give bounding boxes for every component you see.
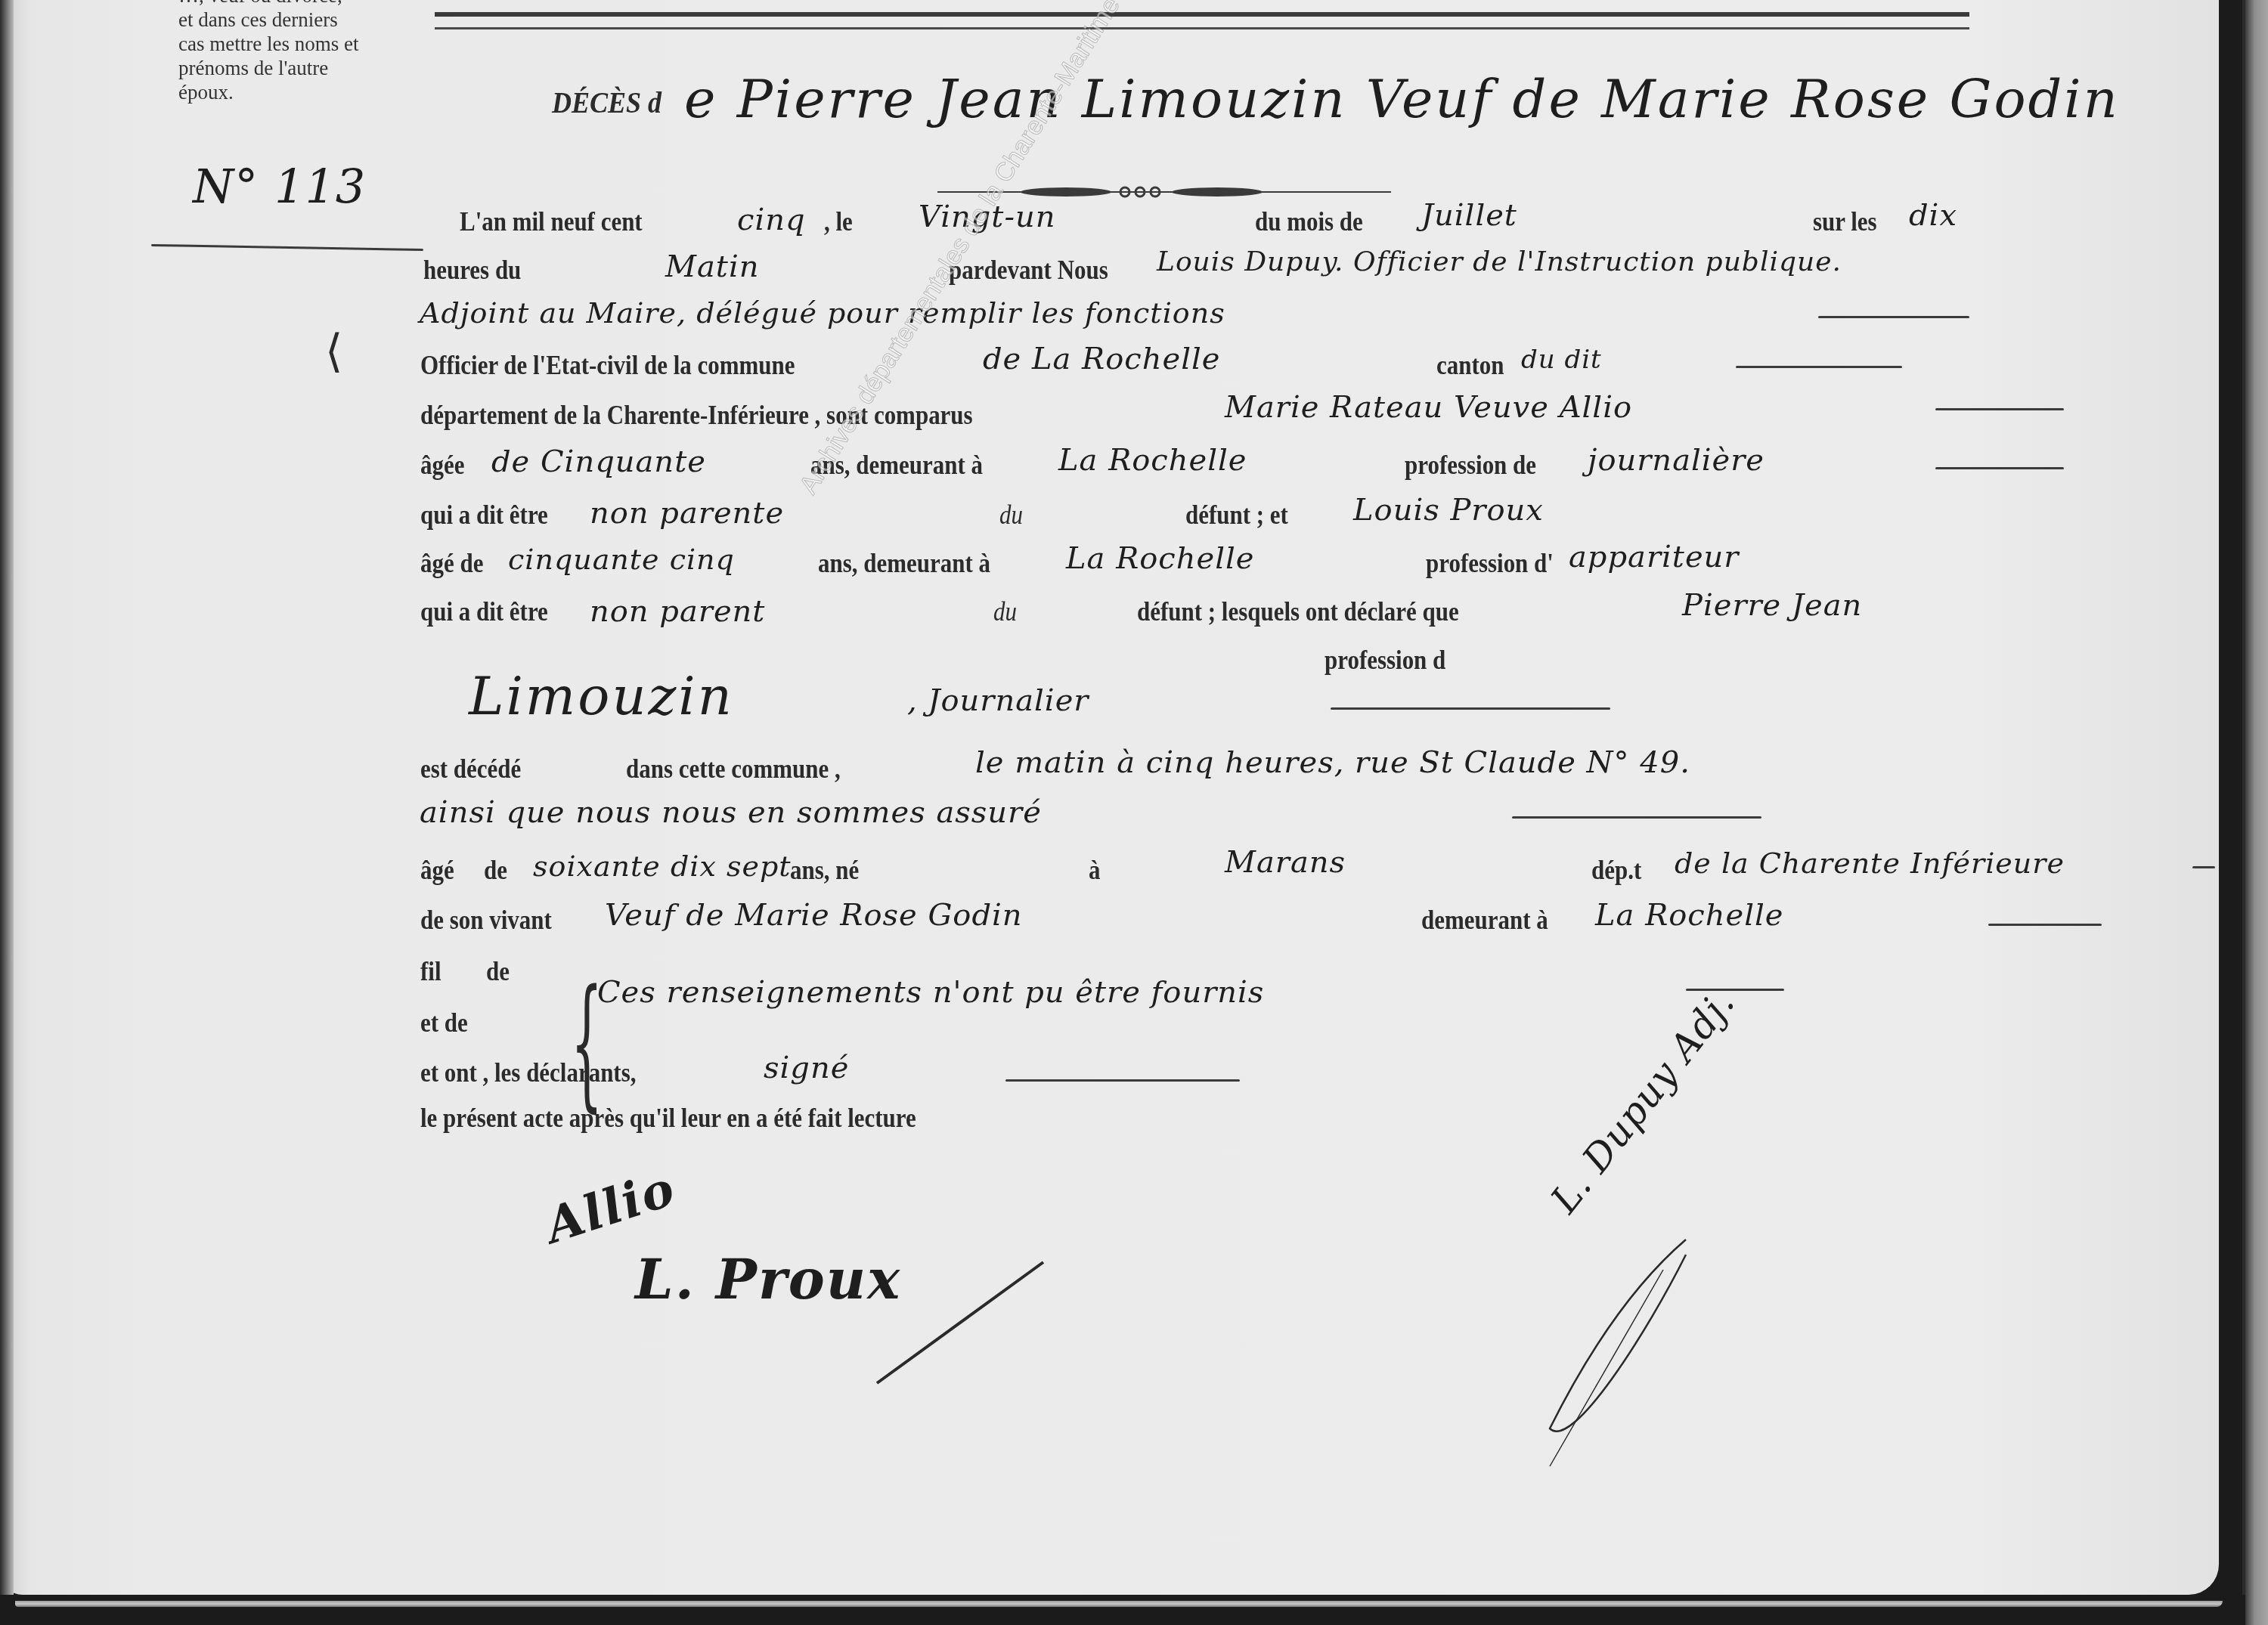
printed-department-abbr: dép.t — [1591, 854, 1641, 886]
fill-line — [1005, 1079, 1240, 1082]
margin-note-line-3: prénoms de l'autre — [178, 56, 328, 80]
fill-line — [2192, 866, 2215, 868]
handwritten-declarant-1-residence: La Rochelle — [1058, 443, 1247, 478]
printed-of-father-label: de — [486, 955, 510, 987]
printed-son-label: fil — [420, 955, 442, 987]
handwritten-declarant-2-relation: non parent — [590, 594, 765, 629]
handwritten-deceased-residence: La Rochelle — [1595, 898, 1783, 933]
margin-note-line-4: époux. — [178, 80, 234, 104]
printed-year-label: L'an mil neuf cent — [460, 206, 643, 237]
handwritten-declarant-1-age: de Cinquante — [491, 444, 706, 479]
handwritten-declarant-1-relation: non parente — [590, 496, 784, 531]
handwritten-marital-status: Veuf de Marie Rose Godin — [605, 898, 1023, 933]
printed-during-life-label: de son vivant — [420, 904, 552, 936]
fill-line — [1818, 316, 1969, 318]
page-bottom-edge — [15, 1601, 2223, 1607]
printed-relation-label-2: qui a dit être — [420, 596, 548, 627]
handwritten-officer-role: Adjoint au Maire, délégué pour remplir l… — [420, 296, 1225, 330]
handwritten-declarant-2-age: cinquante cinq — [508, 543, 735, 576]
handwritten-declarant-2-residence: La Rochelle — [1066, 541, 1254, 576]
printed-deceased-and-label: défunt ; et — [1185, 499, 1288, 531]
printed-died-label: est décédé — [420, 753, 521, 785]
fill-line — [1331, 707, 1610, 710]
handwritten-verification: ainsi que nous nous en sommes assuré — [420, 795, 1042, 830]
signature-flourish — [832, 1255, 1058, 1391]
handwritten-canton: du dit — [1521, 345, 1602, 375]
handwritten-year: cinq — [737, 203, 806, 237]
printed-residing-label-3: demeurant à — [1421, 904, 1548, 936]
register-page: …, veuf ou divorcé, et dans ces derniers… — [0, 0, 2219, 1595]
printed-profession-label-2: profession d' — [1426, 547, 1554, 579]
printed-aged-label-3: âgé — [420, 854, 454, 886]
handwritten-declarant-1-profession: journalière — [1588, 443, 1765, 478]
fill-line — [1935, 408, 2064, 410]
printed-read-aloud-label: le présent acte après qu'il leur en a ét… — [420, 1102, 916, 1134]
handwritten-deceased-age: soixante dix sept — [533, 850, 792, 883]
printed-in-commune-label: dans cette commune , — [626, 753, 841, 785]
printed-aged-label: âgée — [420, 449, 464, 481]
signature-declarant-allio: Allio — [539, 1160, 683, 1255]
next-page-edge — [2245, 0, 2268, 1625]
handwritten-time-of-day: Matin — [665, 249, 759, 284]
margin-note-line-1: et dans ces derniers — [178, 8, 338, 32]
handwritten-declarant-2-name: Louis Proux — [1353, 493, 1544, 528]
printed-before-us-label: pardevant Nous — [949, 254, 1108, 286]
title-handwritten-deceased: e Pierre Jean Limouzin Veuf de Marie Ros… — [684, 68, 2120, 130]
fill-line — [1935, 467, 2064, 469]
fill-line — [1512, 816, 1761, 819]
handwritten-declarant-2-profession: appariteur — [1569, 540, 1739, 574]
handwritten-parents-note: Ces renseignements n'ont pu être fournis — [597, 975, 1264, 1010]
handwritten-birth-department: de la Charente Inférieure — [1675, 847, 2065, 880]
officer-signature-flourish — [1542, 1224, 1739, 1474]
fill-line — [1988, 924, 2102, 926]
handwritten-hour: dix — [1909, 198, 1957, 233]
handwritten-birthplace: Marans — [1225, 845, 1346, 880]
printed-born-label: ans, né — [790, 854, 859, 886]
handwritten-month: Juillet — [1421, 198, 1517, 233]
printed-and-of-mother-label: et de — [420, 1007, 468, 1038]
handwritten-officer-name: Louis Dupuy. Officier de l'Instruction p… — [1157, 246, 1842, 277]
printed-declarants-signed-label: et ont , les déclarants, — [420, 1057, 636, 1088]
margin-note-line-0: …, veuf ou divorcé, — [178, 0, 342, 8]
printed-day-label: , le — [824, 206, 853, 237]
act-number-underline — [151, 244, 423, 251]
handwritten-signed: signé — [764, 1051, 849, 1085]
printed-at-label: à — [1089, 854, 1100, 886]
title-printed: DÉCÈS d — [552, 85, 661, 120]
printed-department-label: département de la Charente-Inférieure , … — [420, 399, 973, 431]
insertion-mark: ⟨ — [325, 325, 342, 378]
handwritten-deceased-surname: Limouzin — [469, 665, 734, 727]
printed-relation-label: qui a dit être — [420, 499, 548, 531]
printed-of-label: du — [999, 499, 1023, 531]
printed-hours-of-label: heures du — [423, 254, 521, 286]
handwritten-death-time-place: le matin à cinq heures, rue St Claude N°… — [975, 745, 1690, 780]
fill-line — [1736, 366, 1902, 368]
act-number: N° 113 — [193, 159, 366, 214]
handwritten-commune: de La Rochelle — [983, 342, 1220, 376]
printed-of-age-label: de — [484, 854, 507, 886]
margin-note-line-2: cas mettre les noms et — [178, 32, 358, 56]
printed-profession-label: profession de — [1405, 449, 1536, 481]
printed-commune-label: Officier de l'Etat-civil de la commune — [420, 349, 795, 381]
printed-residing-label-2: ans, demeurant à — [818, 547, 990, 579]
handwritten-deceased-profession: , Journalier — [907, 683, 1089, 718]
binding-shadow — [0, 0, 14, 1595]
handwritten-deceased-forenames: Pierre Jean — [1682, 588, 1862, 623]
printed-hour-label: sur les — [1813, 206, 1877, 237]
header-double-rule — [435, 12, 1969, 29]
printed-of-label-2: du — [993, 596, 1017, 627]
printed-aged-label-2: âgé de — [420, 547, 483, 579]
printed-canton-label: canton — [1436, 349, 1504, 381]
printed-month-label: du mois de — [1255, 206, 1363, 237]
printed-declared-label: défunt ; lesquels ont déclaré que — [1137, 596, 1459, 627]
printed-profession-label-3: profession d — [1325, 644, 1445, 676]
handwritten-declarant-1-name: Marie Rateau Veuve Allio — [1225, 390, 1632, 425]
signature-officer: L. Dupuy Adj. — [1542, 981, 1743, 1221]
